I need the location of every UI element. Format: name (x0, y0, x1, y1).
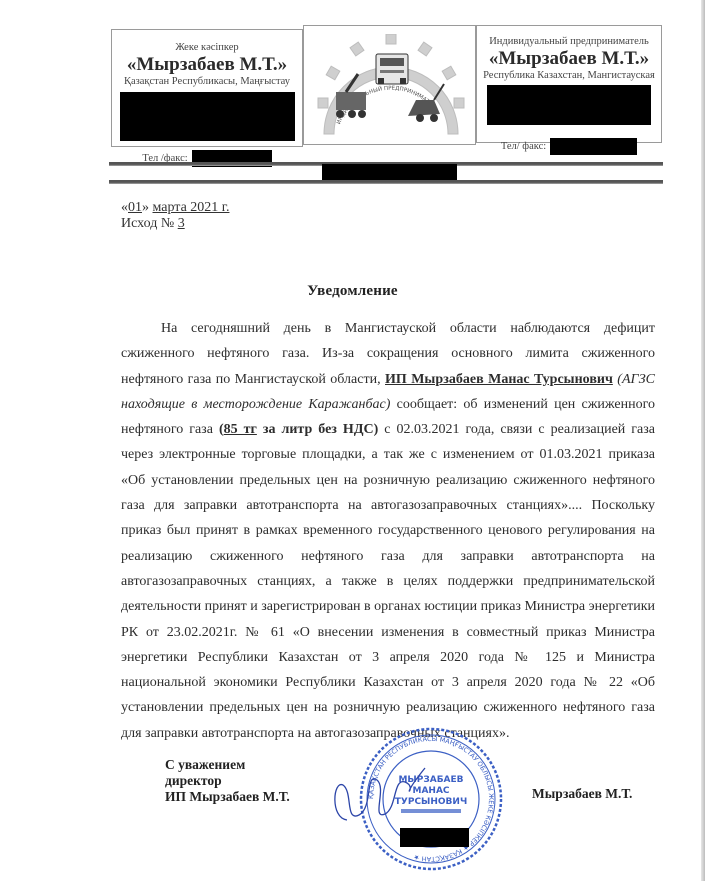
signer-company: ИП Мырзабаев М.Т. (165, 789, 290, 805)
left-address-redaction (120, 92, 295, 141)
right-tel-redaction (550, 138, 637, 155)
left-address: Қазақстан Республикасы, Маңғыстау (112, 75, 302, 88)
body-text-part: с 02.03.2021 года, связи с реализацией г… (121, 422, 655, 741)
letterhead-right-block: Индивидуальный предприниматель «Мырзабае… (476, 25, 662, 143)
signer-position: директор (165, 773, 290, 789)
right-address-redaction (487, 85, 651, 125)
right-tel: Тел/ факс: (477, 138, 661, 155)
right-address: Республика Казахстан, Мангистауская (477, 69, 661, 82)
company-name-emphasis: ИП Мырзабаев Манас Турсынович (385, 372, 613, 387)
price-unit: за литр без НДС (257, 422, 374, 437)
document-date: «01» марта 2021 г. (121, 200, 229, 216)
letterhead-logo-block: ИНДИВИДУАЛЬНЫЙ ПРЕДПРИНИМАТЕЛЬ (303, 25, 476, 145)
right-tel-label: Тел/ факс: (501, 141, 546, 152)
outgoing-number-value: 3 (178, 216, 185, 231)
stamp-redaction (400, 828, 469, 847)
letterhead-left-block: Жеке кәсіпкер «Мырзабаев М.Т.» Қазақстан… (111, 29, 303, 147)
right-company-name: «Мырзабаев М.Т.» (477, 49, 661, 69)
closing-phrase: С уважением (165, 757, 290, 773)
date-quote-close: » (142, 200, 149, 215)
page-edge (701, 0, 705, 881)
price-value: 85 тг (224, 422, 257, 437)
letterhead: Жеке кәсіпкер «Мырзабаев М.Т.» Қазақстан… (111, 21, 662, 151)
signer-name: Мырзабаев М.Т. (532, 786, 632, 802)
header-center-redaction (322, 164, 457, 181)
document-title: Уведомление (0, 283, 705, 300)
header-divider-bottom (109, 180, 663, 184)
date-day: 01 (128, 200, 142, 215)
right-subtitle: Индивидуальный предприниматель (477, 35, 661, 48)
document-meta: «01» марта 2021 г. Исход № 3 (121, 200, 229, 232)
date-quote-open: « (121, 200, 128, 215)
date-month-year: марта 2021 г. (153, 200, 230, 215)
outgoing-label: Исход № (121, 216, 174, 231)
document-body: На сегодняшний день в Мангистауской обла… (121, 316, 655, 746)
left-company-name: «Мырзабаев М.Т.» (112, 55, 302, 75)
signature-block: С уважением директор ИП Мырзабаев М.Т. (165, 757, 290, 805)
outgoing-number: Исход № 3 (121, 216, 229, 232)
trucks-gear-logo-icon: ИНДИВИДУАЛЬНЫЙ ПРЕДПРИНИМАТЕЛЬ (316, 34, 466, 140)
left-subtitle: Жеке кәсіпкер (112, 41, 302, 54)
handwritten-signature-icon (325, 760, 435, 830)
